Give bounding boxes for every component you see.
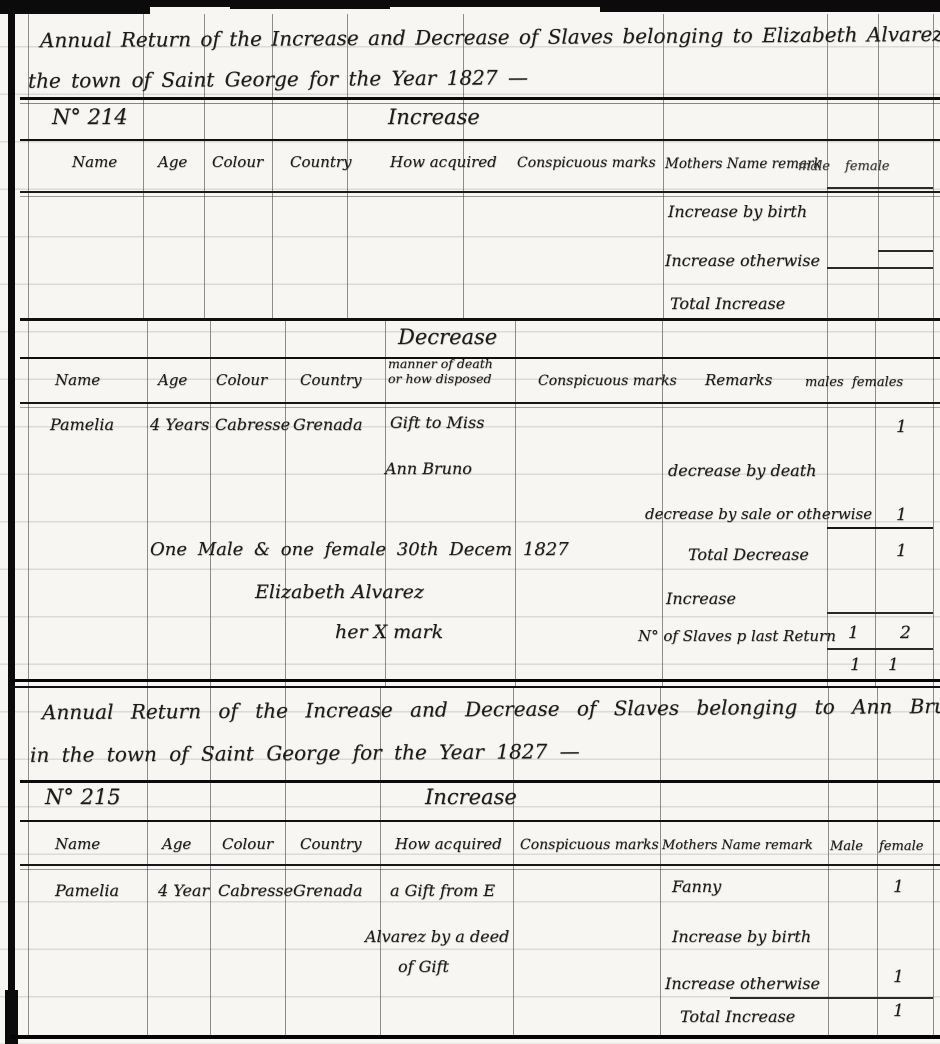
increase-row-label: Total Increase [680,1008,795,1026]
rule-under-header-c-b [20,869,940,870]
column-header-name: Name [72,154,117,171]
column-header-male: Male [830,840,863,854]
increase-entry-country: Grenada [293,882,363,900]
decrease-remark-label: Increase [666,590,736,608]
increase-entry-name: Pamelia [55,882,119,900]
column-rule [515,318,516,688]
increase-entry-acquired-line1: a Gift from E [390,882,495,900]
tally-cell-rule [827,267,933,269]
column-header-how-acquired: How acquired [390,154,497,171]
tally-cell-rule [827,527,933,529]
column-header-female: female [845,160,889,174]
column-header-country: Country [290,154,352,171]
rule-under-title2 [20,780,940,783]
column-header-name: Name [55,836,100,853]
scan-artifact-top-blob-mid [230,1,390,9]
decrease-total-female-count: 1 [888,656,899,675]
rule-page-bottom [10,1035,940,1039]
column-header-country: Country [300,836,362,853]
column-header-age: Age [158,154,187,171]
return1-title-line1: Annual Return of the Increase and Decrea… [40,23,940,52]
rule-under-entry-number2 [20,820,940,822]
tally-cell-rule [827,648,933,650]
decrease-remark-female-count: 2 [900,624,911,643]
decrease-entry-female-count: 1 [896,418,907,437]
column-rule [28,318,29,688]
column-header-mothers-name: Mothers Name remark [662,839,813,853]
decrease-entry-age: 4 Years [150,416,209,434]
rule-under-header-a [20,191,940,193]
column-rule [933,318,934,688]
column-rule [28,688,29,1038]
column-header-name: Name [55,372,100,389]
column-header-conspicuous-marks: Conspicuous marks [520,838,659,853]
column-header-country: Country [300,372,362,389]
column-rule [204,14,205,318]
tally-cell-rule [878,250,933,252]
increase-entry-mother-name: Fanny [672,878,721,896]
increase-entry-acquired-line3: of Gift [398,958,449,976]
column-rule [210,688,211,1038]
rule-under-entry-number [20,139,940,141]
column-rule [147,688,148,1038]
decrease-remark-label: decrease by sale or otherwise [645,506,872,523]
column-header-age: Age [162,836,191,853]
rule-under-title1 [20,97,940,100]
increase-row-label: Increase by birth [672,928,811,946]
column-rule [877,688,878,1038]
decrease-remark-female-count: 1 [896,542,907,561]
increase-entry-age: 4 Year [158,882,209,900]
decrease-entry-name: Pamelia [50,416,114,434]
column-header-conspicuous-marks: Conspicuous marks [538,374,677,389]
column-header-females: females [852,376,903,390]
column-rule [28,14,29,318]
column-header-how-acquired: How acquired [395,836,502,853]
column-header-manner-of-death: manner of death or how disposed [388,356,503,386]
column-rule [660,688,661,1038]
return2-increase-section-title: Increase [425,786,517,809]
column-rule [933,14,934,318]
increase-row-label: Increase otherwise [665,975,820,993]
rule-end-increase-a [20,318,940,321]
attestation-signature: Elizabeth Alvarez [255,582,424,603]
column-rule [875,318,876,688]
tally-cell-rule [827,612,933,614]
increase-row-label: Increase otherwise [665,252,820,270]
column-header-males: males [805,376,844,390]
column-rule [663,14,664,318]
return1-decrease-section-title: Decrease [398,326,497,349]
column-header-age: Age [158,372,187,389]
increase-row-female-count: 1 [893,1002,904,1021]
column-header-remarks: Remarks [705,372,772,389]
rule-under-title1-b [20,103,940,104]
decrease-entry-manner-line2: Ann Bruno [385,460,472,478]
column-rule [210,318,211,688]
rule-under-header-b-b [20,407,940,408]
increase-entry-colour: Cabresse [218,882,293,900]
rule-under-header-b [20,402,940,404]
attestation-mark: her X mark [335,622,443,643]
decrease-entry-manner-line1: Gift to Miss [390,414,484,432]
scan-artifact-left-bar [8,0,15,1044]
return2-title-line1: Annual Return of the Increase and Decrea… [42,695,940,723]
rule-return-separator [10,679,940,682]
column-header-colour: Colour [216,372,267,389]
decrease-remark-label: decrease by death [668,462,816,480]
decrease-remark-female-count: 1 [896,506,907,525]
return1-entry-number: N° 214 [52,106,128,129]
decrease-remark-label: Total Decrease [688,546,809,564]
column-header-female: female [879,840,923,854]
increase-row-label: Increase by birth [668,203,807,221]
column-header-colour: Colour [222,836,273,853]
return2-entry-number: N° 215 [45,786,121,809]
decrease-entry-colour: Cabresse [215,416,290,434]
rule-under-header-c [20,864,940,866]
rule-under-header-a-b [20,196,940,197]
return1-title-line2: the town of Saint George for the Year 18… [28,66,528,91]
decrease-entry-country: Grenada [293,416,363,434]
column-rule [143,14,144,318]
decrease-remark-label: N° of Slaves p last Return [638,628,836,645]
column-header-male: male [798,160,830,174]
decrease-total-male-count: 1 [850,656,861,675]
increase-entry-acquired-line2: Alvarez by a deed [365,928,509,946]
scan-artifact-top-blob-left [0,0,150,14]
scan-artifact-top-blob-right [600,0,940,12]
column-rule [933,688,934,1038]
increase-row-female-count: 1 [893,968,904,987]
ledger-scan-page: Annual Return of the Increase and Decrea… [0,0,940,1044]
column-header-conspicuous-marks: Conspicuous marks [517,156,656,171]
column-header-colour: Colour [212,154,263,171]
return2-title-line2: in the town of Saint George for the Year… [30,740,580,766]
column-rule [285,318,286,688]
increase-entry-female-count: 1 [893,878,904,897]
return1-increase-section-title: Increase [388,106,480,129]
attestation-summary: One Male & one female 30th Decem 1827 [150,540,569,560]
column-rule [828,688,829,1038]
column-rule [147,318,148,688]
tally-cell-rule [827,187,933,189]
decrease-remark-male-count: 1 [848,624,859,643]
rule-return-separator-b [10,686,940,688]
column-rule [272,14,273,318]
tally-cell-rule [730,997,933,999]
increase-row-label: Total Increase [670,295,785,313]
